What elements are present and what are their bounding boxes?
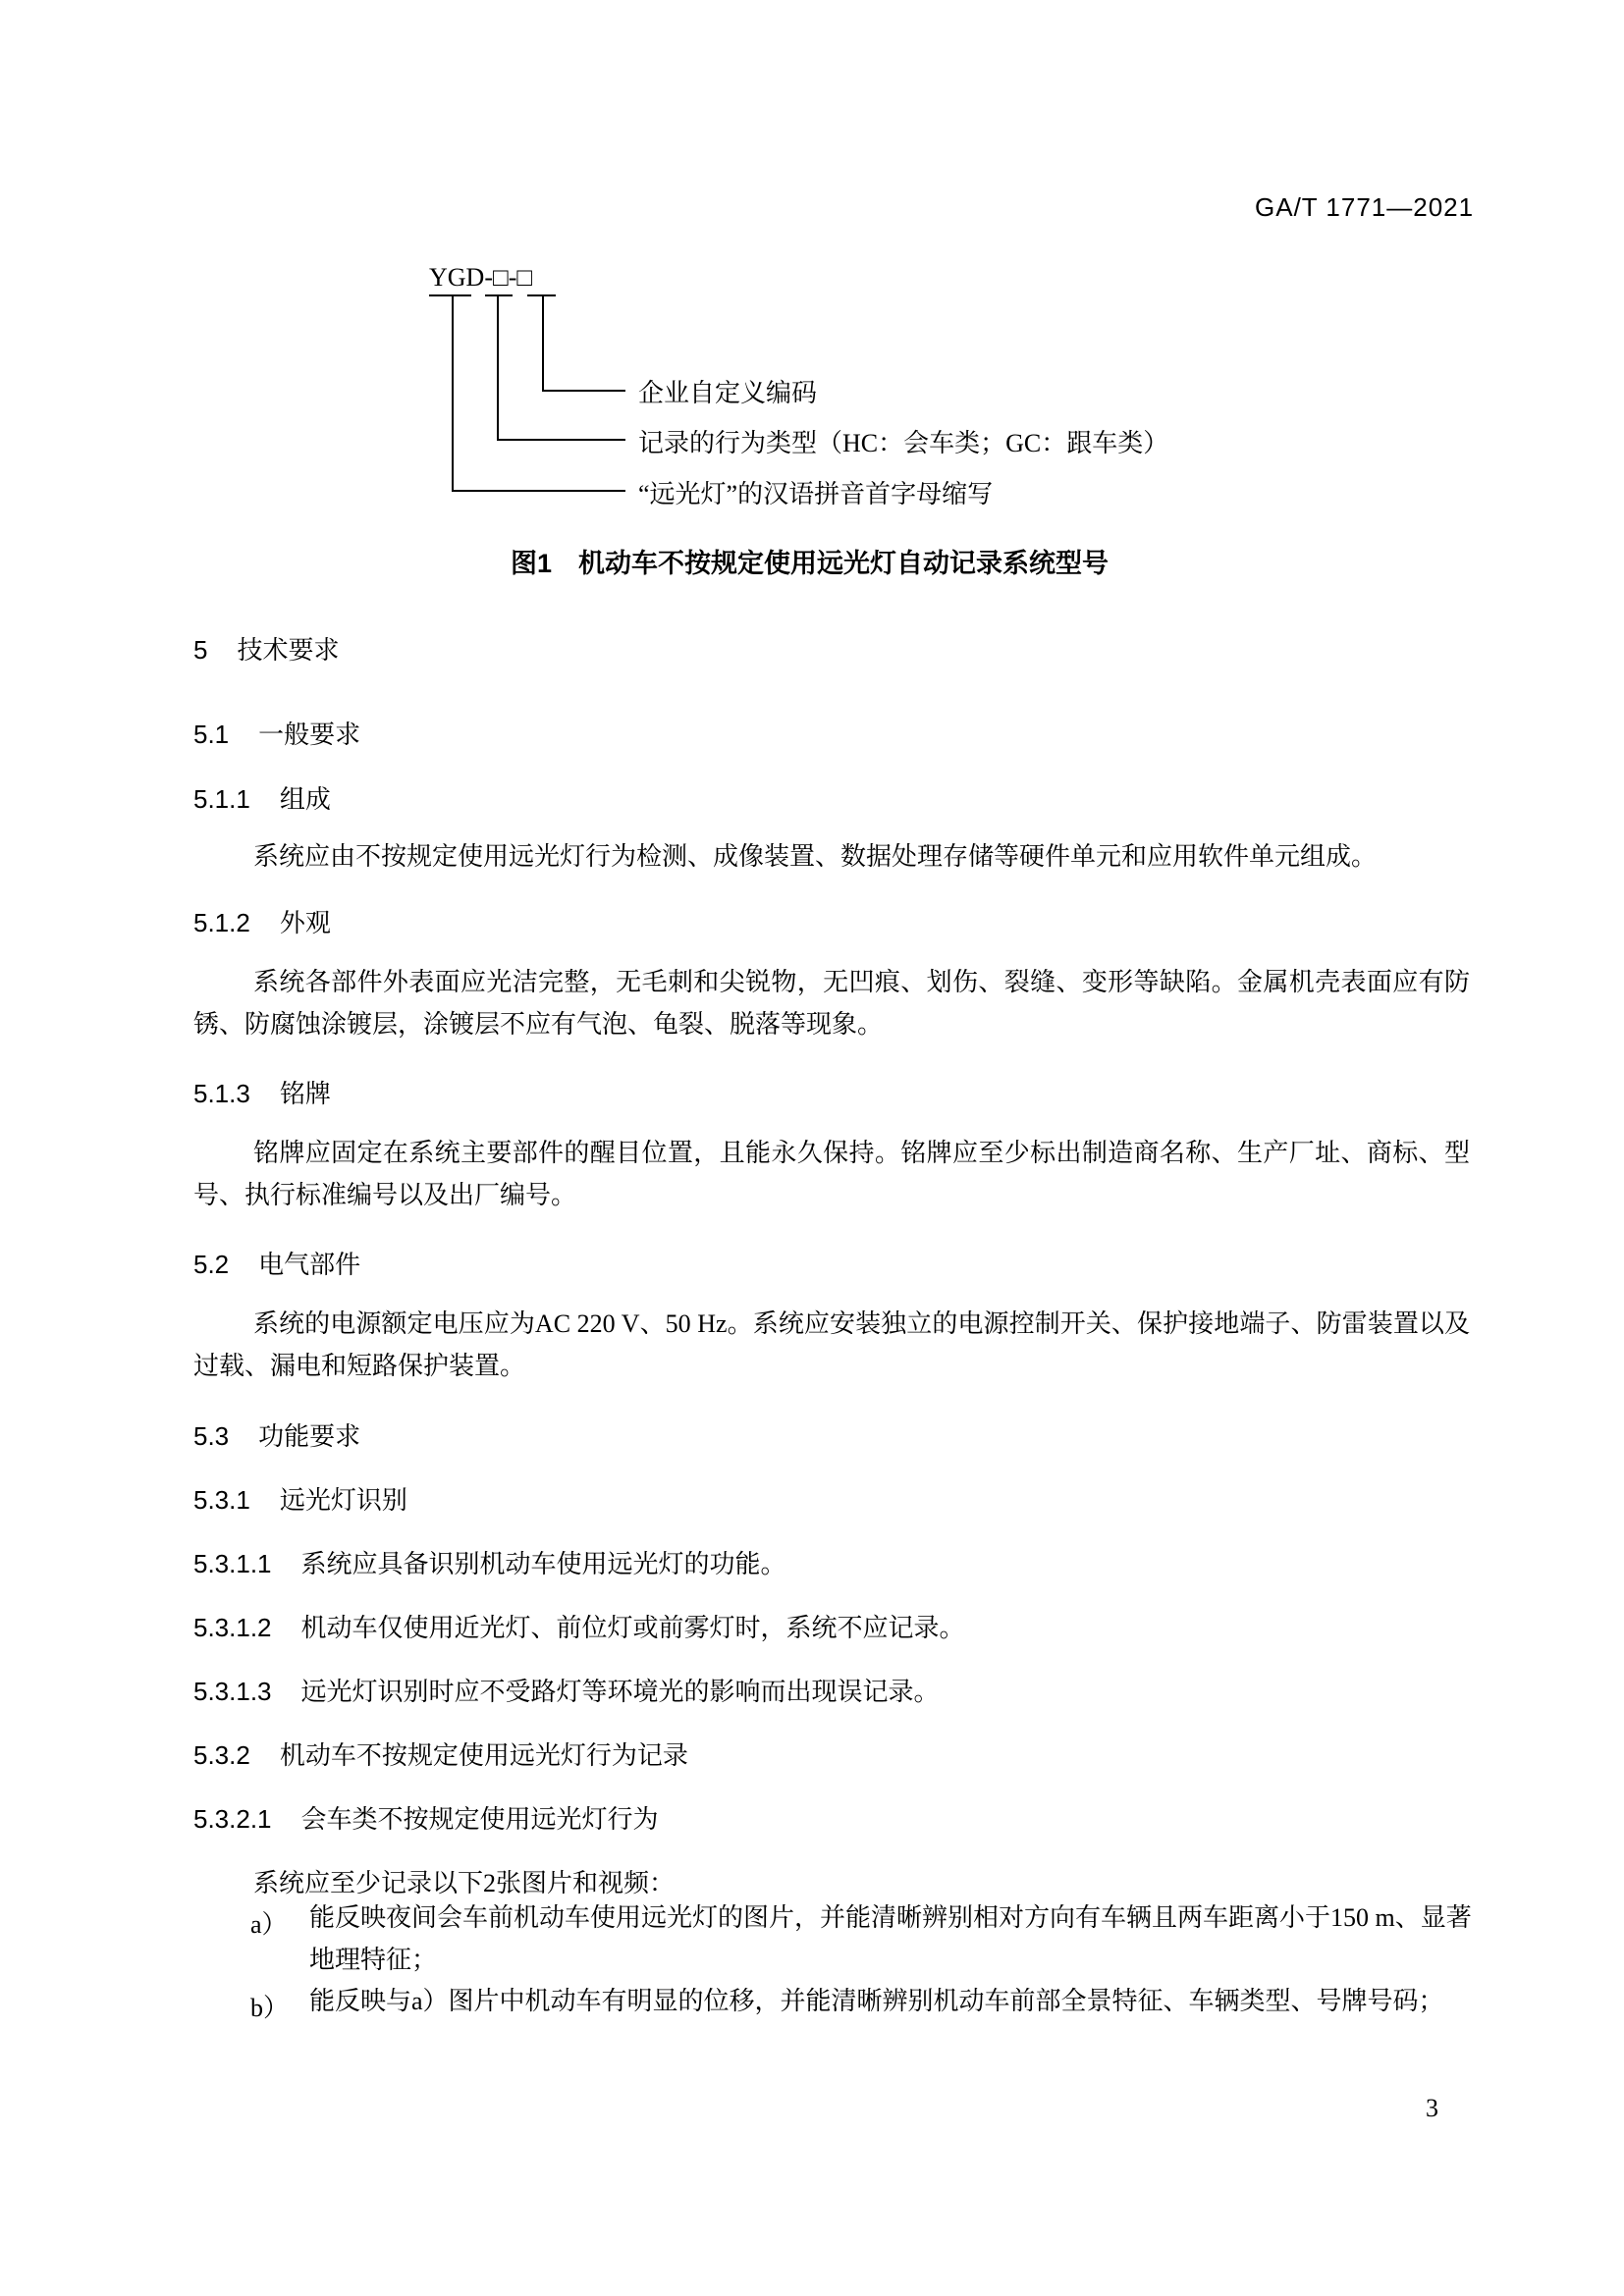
paragraph-text: 系统应由不按规定使用远光灯行为检测、成像装置、数据处理存储等硬件单元和应用软件单…: [193, 835, 1470, 878]
figure-caption: 图1 机动车不按规定使用远光灯自动记录系统型号: [511, 542, 1109, 580]
heading-number: 5.1: [193, 720, 229, 749]
list-marker-a: a）: [250, 1904, 288, 1941]
paragraph-5-1-3: 铭牌应固定在系统主要部件的醒目位置，且能永久保持。铭牌应至少标出制造商名称、生产…: [193, 1132, 1470, 1216]
heading-5-1-1: 5.1.1组成: [193, 779, 331, 816]
heading-title: 铭牌: [280, 1079, 331, 1108]
heading-number: 5.2: [193, 1250, 229, 1279]
clause-5-3-1-2: 5.3.1.2机动车仅使用近光灯、前位灯或前雾灯时，系统不应记录。: [193, 1608, 965, 1644]
paragraph-text: 铭牌应固定在系统主要部件的醒目位置，且能永久保持。铭牌应至少标出制造商名称、生产…: [193, 1132, 1470, 1216]
clause-number: 5.3.1.2: [193, 1613, 272, 1642]
clause-number: 5.3.1.3: [193, 1677, 272, 1706]
paragraph-text: 系统各部件外表面应光洁完整，无毛刺和尖锐物，无凹痕、划伤、裂缝、变形等缺陷。金属…: [193, 961, 1470, 1045]
heading-5-1-3: 5.1.3铭牌: [193, 1074, 331, 1110]
heading-5: 5技术要求: [193, 630, 339, 667]
paragraph-5-1-1: 系统应由不按规定使用远光灯行为检测、成像装置、数据处理存储等硬件单元和应用软件单…: [193, 835, 1470, 878]
heading-5-3-2-1: 5.3.2.1会车类不按规定使用远光灯行为: [193, 1799, 659, 1836]
heading-5-1: 5.1一般要求: [193, 715, 360, 751]
heading-title: 组成: [280, 784, 331, 814]
heading-5-3-2: 5.3.2机动车不按规定使用远光灯行为记录: [193, 1735, 688, 1772]
heading-title: 远光灯识别: [280, 1485, 407, 1515]
model-code: YGD-□-□: [429, 263, 532, 293]
page-number: 3: [1426, 2094, 1438, 2123]
heading-number: 5: [193, 635, 207, 665]
heading-title: 功能要求: [258, 1421, 360, 1451]
heading-title: 电气部件: [258, 1250, 360, 1279]
clause-text: 远光灯识别时应不受路灯等环境光的影响而出现误记录。: [301, 1678, 940, 1706]
heading-5-3-1: 5.3.1远光灯识别: [193, 1480, 407, 1517]
label-pinyin-abbrev: “远光灯”的汉语拼音首字母缩写: [638, 474, 993, 510]
heading-title: 外观: [280, 908, 331, 937]
heading-number: 5.3.2.1: [193, 1804, 272, 1834]
heading-number: 5.3.1: [193, 1485, 250, 1515]
paragraph-5-2: 系统的电源额定电压应为AC 220 V、50 Hz。系统应安装独立的电源控制开关…: [193, 1303, 1470, 1387]
heading-number: 5.3.2: [193, 1740, 250, 1770]
list-intro: 系统应至少记录以下2张图片和视频：: [253, 1863, 675, 1899]
heading-title: 会车类不按规定使用远光灯行为: [301, 1804, 659, 1834]
list-marker-b: b）: [250, 1988, 289, 2024]
clause-text: 机动车仅使用近光灯、前位灯或前雾灯时，系统不应记录。: [301, 1614, 965, 1642]
clause-5-3-1-3: 5.3.1.3远光灯识别时应不受路灯等环境光的影响而出现误记录。: [193, 1672, 940, 1708]
clause-text: 系统应具备识别机动车使用远光灯的功能。: [301, 1550, 786, 1578]
label-behavior-type: 记录的行为类型（HC：会车类；GC：跟车类）: [638, 423, 1168, 459]
label-custom-code: 企业自定义编码: [638, 373, 817, 409]
list-item-a: 能反映夜间会车前机动车使用远光灯的图片，并能清晰辨别相对方向有车辆且两车距离小于…: [309, 1896, 1473, 1981]
clause-number: 5.3.1.1: [193, 1549, 272, 1578]
heading-title: 机动车不按规定使用远光灯行为记录: [280, 1740, 688, 1770]
heading-number: 5.1.1: [193, 784, 250, 814]
paragraph-text: 系统的电源额定电压应为AC 220 V、50 Hz。系统应安装独立的电源控制开关…: [193, 1303, 1470, 1387]
list-item-b: 能反映与a）图片中机动车有明显的位移，并能清晰辨别机动车前部全景特征、车辆类型、…: [309, 1980, 1473, 2022]
heading-5-2: 5.2电气部件: [193, 1245, 360, 1281]
heading-number: 5.3: [193, 1421, 229, 1451]
heading-5-3: 5.3功能要求: [193, 1416, 360, 1453]
heading-title: 技术要求: [237, 635, 339, 665]
heading-number: 5.1.2: [193, 908, 250, 937]
heading-5-1-2: 5.1.2外观: [193, 903, 331, 939]
heading-title: 一般要求: [258, 720, 360, 749]
clause-5-3-1-1: 5.3.1.1系统应具备识别机动车使用远光灯的功能。: [193, 1544, 786, 1580]
heading-number: 5.1.3: [193, 1079, 250, 1108]
paragraph-5-1-2: 系统各部件外表面应光洁完整，无毛刺和尖锐物，无凹痕、划伤、裂缝、变形等缺陷。金属…: [193, 961, 1470, 1045]
